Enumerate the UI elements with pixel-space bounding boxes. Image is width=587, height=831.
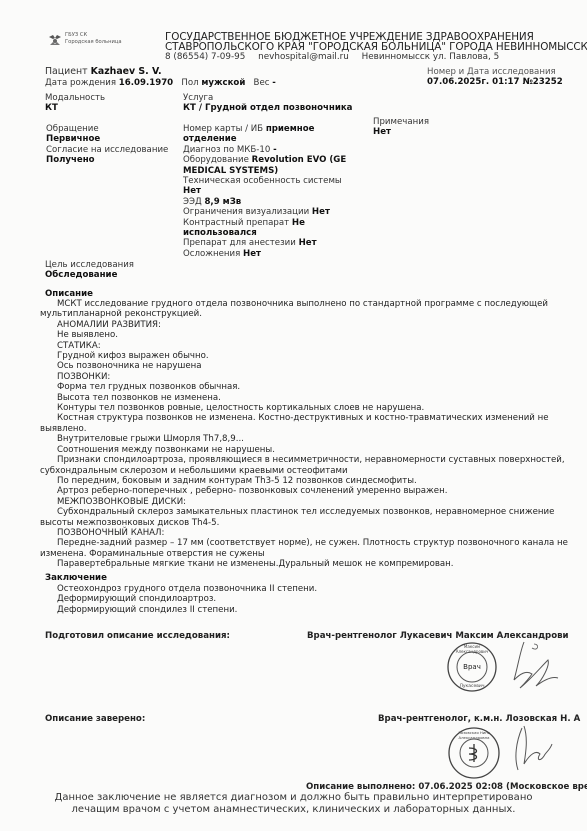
contrast-value-1: Не: [292, 218, 305, 228]
description-body: МСКТ исследование грудного отдела позвон…: [40, 299, 585, 570]
description-line: Не выявлено.: [40, 330, 585, 340]
card-value-1: приемное: [266, 124, 315, 134]
consent-value: Получено: [46, 155, 168, 165]
description-line: Соотношения между позвонками не нарушены…: [40, 445, 585, 455]
equipment-value-1: Revolution EVO (GE: [252, 155, 347, 165]
weight-label: Вес: [254, 78, 270, 88]
doctor-stamp-2: Лозовская Нина Александровна: [447, 726, 501, 780]
anesthesia-label: Препарат для анестезии: [183, 238, 296, 248]
conclusion-title: Заключение: [45, 573, 107, 583]
complications-label: Осложнения: [183, 249, 240, 259]
service-field: Услуга КТ / Грудной отдел позвоночника: [183, 93, 352, 114]
complications-value: Нет: [243, 249, 261, 259]
modality-label: Модальность: [45, 93, 105, 103]
anesthesia-value: Нет: [299, 238, 317, 248]
exam-details: Номер карты / ИБ приемное отделение Диаг…: [183, 124, 383, 259]
service-label: Услуга: [183, 93, 352, 103]
signature-2-icon: [510, 722, 554, 774]
stamp-1-center: Врач: [446, 662, 498, 672]
doctor-stamp-1: Врач Максим Александрович Лукасевич: [446, 641, 498, 693]
conclusion-line: Остеохондроз грудного отдела позвоночник…: [45, 584, 545, 594]
address: Невинномысск ул. Павлова, 5: [362, 52, 500, 62]
tech-label: Техническая особенность системы: [183, 176, 383, 186]
contacts: 8 (86554) 7-09-95 nevhospital@mail.ru Не…: [165, 52, 509, 62]
description-line: Форма тел грудных позвонков обычная.: [40, 382, 585, 392]
icd-label: Диагноз по МКБ-10: [183, 145, 270, 155]
description-line: МСКТ исследование грудного отдела позвон…: [40, 299, 585, 320]
dob-label: Дата рождения: [45, 78, 116, 88]
description-line: Ось позвоночника не нарушена: [40, 361, 585, 371]
description-line: СТАТИКА:: [40, 341, 585, 351]
goal-value: Обследование: [45, 270, 134, 280]
hospital-logo: ГБУЗ СК Городская больница: [48, 31, 138, 51]
description-line: ПОЗВОНКИ:: [40, 372, 585, 382]
description-line: По передним, боковым и задним контурам T…: [40, 476, 585, 486]
patient-details-row: Дата рождения 16.09.1970 Пол мужской Вес…: [45, 78, 276, 88]
patient-row: Пациент Kazhaev S. V.: [45, 67, 162, 77]
description-line: ПОЗВОНОЧНЫЙ КАНАЛ:: [40, 528, 585, 538]
logo-line-2: Городская больница: [65, 39, 122, 46]
stamp-1-top: Максим Александрович: [451, 644, 493, 654]
stamp-1-bottom: Лукасевич: [454, 684, 490, 689]
sex-value: мужской: [201, 78, 245, 88]
consent-label: Согласие на исследование: [46, 145, 168, 155]
description-line: Грудной кифоз выражен обычно.: [40, 351, 585, 361]
modality-field: Модальность КТ: [45, 93, 105, 114]
notes-field: Примечания Нет: [373, 117, 429, 138]
referral-field: Обращение Первичное Согласие на исследов…: [46, 124, 168, 166]
dose-value: 8,9 мЗв: [204, 197, 241, 207]
conclusion-body: Остеохондроз грудного отдела позвоночник…: [45, 584, 545, 615]
description-line: Субхондральный склероз замыкательных пла…: [40, 507, 585, 528]
referral-value: Первичное: [46, 134, 168, 144]
description-line: АНОМАЛИИ РАЗВИТИЯ:: [40, 320, 585, 330]
institution-title-line-2: СТАВРОПОЛЬСКОГО КРАЯ "ГОРОДСКАЯ БОЛЬНИЦА…: [165, 42, 587, 52]
disclaimer-line-2: лечащим врачом с учетом анамнестических,…: [0, 804, 587, 816]
disclaimer-line-1: Данное заключение не является диагнозом …: [0, 792, 587, 804]
institution-title: ГОСУДАРСТВЕННОЕ БЮДЖЕТНОЕ УЧРЕЖДЕНИЕ ЗДР…: [165, 32, 587, 52]
hospital-emblem-icon: [48, 33, 62, 47]
study-label: Номер и Дата исследования: [427, 67, 556, 77]
goal-field: Цель исследования Обследование: [45, 260, 134, 281]
description-line: Признаки спондилоартроза, проявляющиеся …: [40, 455, 585, 476]
visual-label: Ограничения визуализации: [183, 207, 309, 217]
card-value-2: отделение: [183, 134, 237, 144]
tech-value: Нет: [183, 186, 201, 196]
phone: 8 (86554) 7-09-95: [165, 52, 245, 62]
equipment-label: Оборудование: [183, 155, 249, 165]
description-line: Контуры тел позвонков ровные, целостност…: [40, 403, 585, 413]
description-line: МЕЖПОЗВОНКОВЫЕ ДИСКИ:: [40, 497, 585, 507]
icd-value: -: [273, 145, 277, 155]
weight-value: -: [272, 78, 276, 88]
contrast-label: Контрастный препарат: [183, 218, 289, 228]
dob-value: 16.09.1970: [119, 78, 173, 88]
equipment-value-2: MEDICAL SYSTEMS): [183, 166, 278, 176]
certified-label: Описание заверено:: [45, 714, 145, 724]
stamp-2-top: Лозовская Нина Александровна: [453, 730, 495, 740]
service-value: КТ / Грудной отдел позвоночника: [183, 103, 352, 113]
conclusion-line: Деформирующий спондилез II степени.: [45, 605, 545, 615]
modality-value: КТ: [45, 103, 105, 113]
email: nevhospital@mail.ru: [258, 52, 349, 62]
signature-1-icon: [510, 640, 560, 700]
description-line: Внутрителовые грыжи Шморля Th7,8,9...: [40, 434, 585, 444]
description-title: Описание: [45, 289, 93, 299]
logo-line-1: ГБУЗ СК: [65, 32, 122, 39]
card-label: Номер карты / ИБ: [183, 124, 263, 134]
sex-label: Пол: [181, 78, 198, 88]
completed-row: Описание выполнено: 07.06.2025 02:08 (Мо…: [306, 782, 587, 792]
patient-name: Kazhaev S. V.: [91, 66, 162, 77]
description-line: Паравертебральные мягкие ткани не измене…: [40, 559, 585, 569]
contrast-value-2: использовался: [183, 228, 257, 238]
dose-label: ЭЭД: [183, 197, 202, 207]
conclusion-line: Деформирующий спондилоартроз.: [45, 594, 545, 604]
description-line: Артроз реберно-поперечных , реберно- поз…: [40, 486, 585, 496]
description-line: Костная структура позвонков не изменена.…: [40, 413, 585, 434]
referral-label: Обращение: [46, 124, 168, 134]
disclaimer: Данное заключение не является диагнозом …: [0, 792, 587, 816]
description-line: Высота тел позвонков не изменена.: [40, 393, 585, 403]
visual-value: Нет: [312, 207, 330, 217]
completed-value: 07.06.2025 02:08 (Московское время: [418, 782, 587, 792]
notes-value: Нет: [373, 127, 429, 137]
goal-label: Цель исследования: [45, 260, 134, 270]
patient-label: Пациент: [45, 66, 88, 77]
notes-label: Примечания: [373, 117, 429, 127]
study-value: 07.06.2025г. 01:17 №23252: [427, 77, 563, 87]
description-line: Передне-задний размер – 17 мм (соответст…: [40, 538, 585, 559]
completed-label: Описание выполнено:: [306, 782, 415, 792]
prepared-label: Подготовил описание исследования:: [45, 631, 230, 641]
